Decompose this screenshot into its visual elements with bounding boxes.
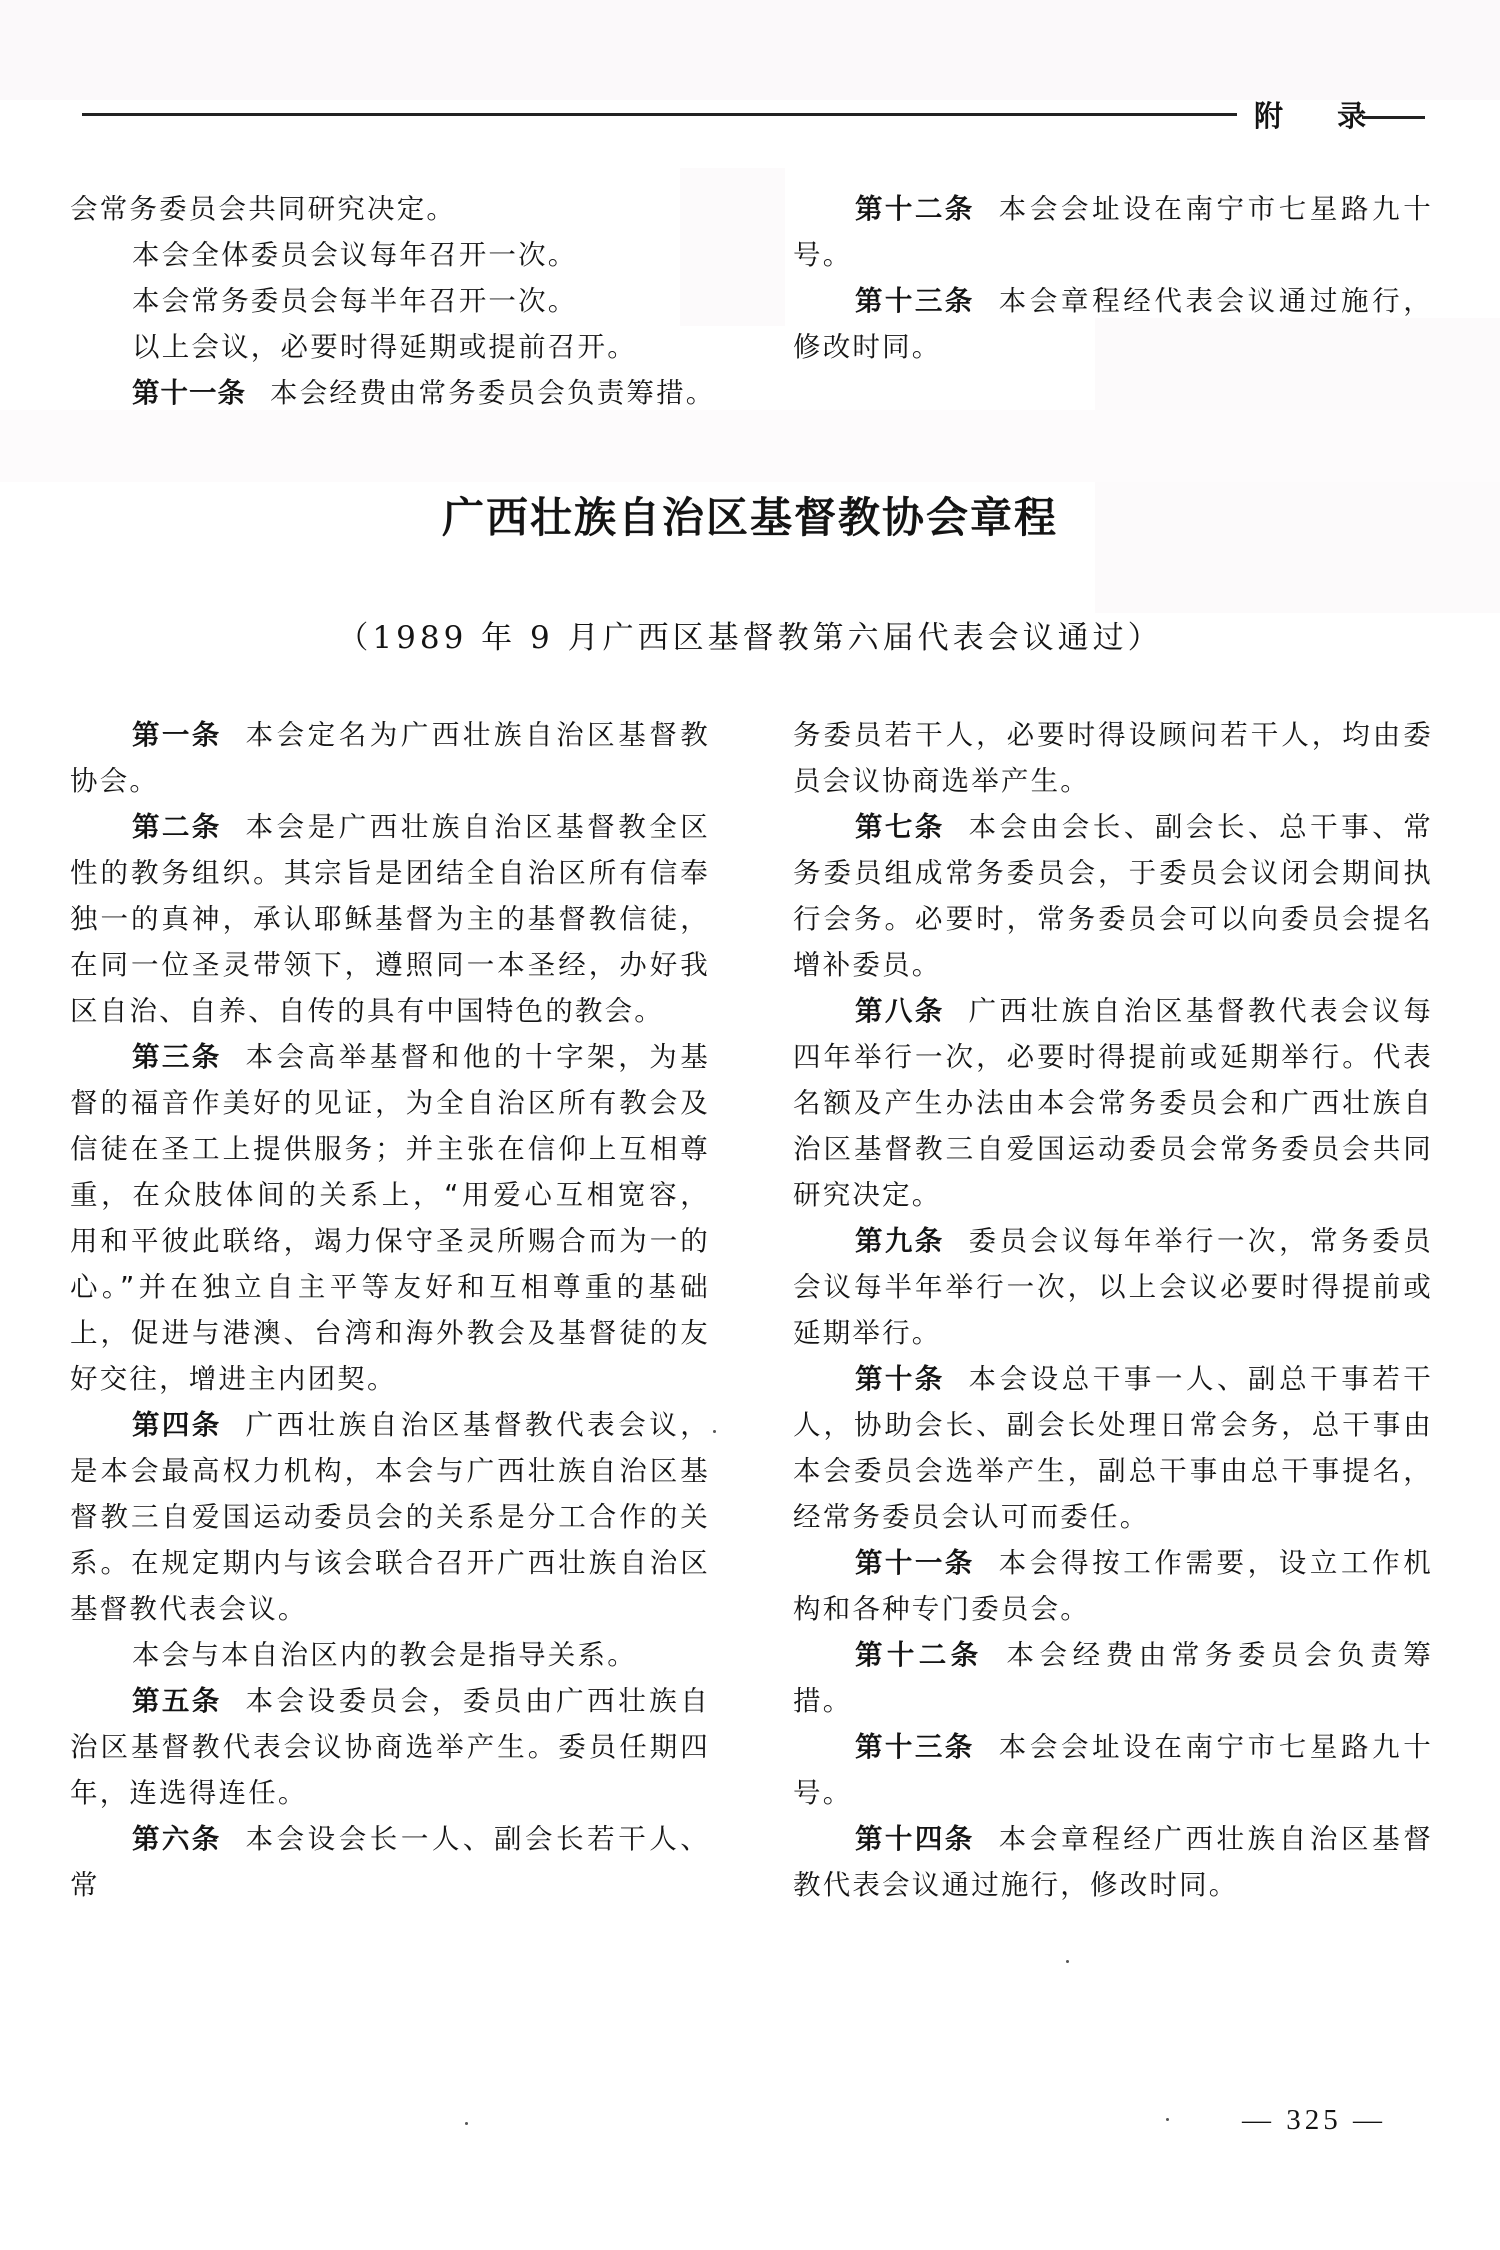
article-number: 第四条	[132, 1409, 222, 1441]
article-paragraph: 第二条本会是广西壮族自治区基督教全区性的教务组织。其宗旨是团结全自治区所有信奉独…	[70, 804, 710, 1034]
article-number: 第八条	[855, 995, 945, 1027]
article-number: 第三条	[132, 1041, 222, 1073]
article-text: 本会常务委员会每半年召开一次。	[132, 285, 578, 317]
article-paragraph: 第十四条本会章程经广西壮族自治区基督教代表会议通过施行，修改时同。	[793, 1816, 1433, 1908]
document-title: 广西壮族自治区基督教协会章程	[0, 485, 1500, 545]
article-text: 广西壮族自治区基督教代表会议，是本会最高权力机构，本会与广西壮族自治区基督教三自…	[70, 1409, 710, 1625]
paragraph: 本会与本自治区内的教会是指导关系。	[70, 1632, 710, 1678]
article-number: 第十一条	[855, 1547, 975, 1579]
scan-speck	[1066, 1960, 1069, 1963]
article-paragraph: 第十条本会设总干事一人、副总干事若干人，协助会长、副会长处理日常会务，总干事由本…	[793, 1356, 1433, 1540]
page-number: — 325 —	[1242, 2104, 1386, 2137]
article-number: 第一条	[132, 719, 222, 751]
article-paragraph: 第一条本会定名为广西壮族自治区基督教协会。	[70, 712, 710, 804]
article-number: 第五条	[132, 1685, 222, 1717]
paragraph: 会常务委员会共同研究决定。	[70, 186, 720, 232]
header-rule-tail	[1362, 116, 1425, 119]
article-paragraph: 第十一条本会得按工作需要，设立工作机构和各种专门委员会。	[793, 1540, 1433, 1632]
paragraph: 本会全体委员会议每年召开一次。	[70, 232, 720, 278]
article-paragraph: 第五条本会设委员会，委员由广西壮族自治区基督教代表会议协商选举产生。委员任期四年…	[70, 1678, 710, 1816]
paragraph: 务委员若干人，必要时得设顾问若干人，均由委员会议协商选举产生。	[793, 712, 1433, 804]
article-number: 第十三条	[855, 285, 975, 317]
article-number: 第十四条	[855, 1823, 975, 1855]
articles-column-right: 务委员若干人，必要时得设顾问若干人，均由委员会议协商选举产生。第七条本会由会长、…	[793, 712, 1433, 1908]
article-paragraph: 第十三条本会会址设在南宁市七星路九十号。	[793, 1724, 1433, 1816]
article-paragraph: 第六条本会设会长一人、副会长若干人、常	[70, 1816, 710, 1908]
previous-charter-continuation-right: 第十二条本会会址设在南宁市七星路九十号。第十三条本会章程经代表会议通过施行，修改…	[793, 186, 1433, 370]
document-subtitle: （1989 年 9 月广西区基督教第六届代表会议通过）	[0, 612, 1500, 657]
article-text: 本会高举基督和他的十字架，为基督的福音作美好的见证，为全自治区所有教会及信徒在圣…	[70, 1041, 710, 1395]
scan-speck	[1166, 2118, 1169, 2121]
previous-charter-continuation-left: 会常务委员会共同研究决定。本会全体委员会议每年召开一次。本会常务委员会每半年召开…	[70, 186, 720, 416]
article-number: 第十二条	[855, 1639, 982, 1671]
article-text: 广西壮族自治区基督教代表会议每四年举行一次，必要时得提前或延期举行。代表名额及产…	[793, 995, 1433, 1211]
article-text: 务委员若干人，必要时得设顾问若干人，均由委员会议协商选举产生。	[793, 719, 1433, 797]
article-paragraph: 第九条委员会议每年举行一次，常务委员会议每半年举行一次，以上会议必要时得提前或延…	[793, 1218, 1433, 1356]
article-text: 本会经费由常务委员会负责筹措。	[270, 377, 716, 409]
paragraph: 以上会议，必要时得延期或提前召开。	[70, 324, 720, 370]
article-text: 本会与本自治区内的教会是指导关系。	[132, 1639, 637, 1671]
article-number: 第六条	[132, 1823, 222, 1855]
scan-top-band	[0, 0, 1500, 100]
article-number: 第十三条	[855, 1731, 975, 1763]
articles-column-left: 第一条本会定名为广西壮族自治区基督教协会。第二条本会是广西壮族自治区基督教全区性…	[70, 712, 710, 1908]
article-text: 以上会议，必要时得延期或提前召开。	[132, 331, 637, 363]
article-number: 第十二条	[855, 193, 975, 225]
article-number: 第十一条	[132, 377, 246, 409]
article-paragraph: 第十二条本会经费由常务委员会负责筹措。	[793, 1632, 1433, 1724]
article-paragraph: 第四条广西壮族自治区基督教代表会议，是本会最高权力机构，本会与广西壮族自治区基督…	[70, 1402, 710, 1632]
article-text: 会常务委员会共同研究决定。	[70, 193, 456, 225]
article-number: 第十条	[855, 1363, 945, 1395]
article-paragraph: 第七条本会由会长、副会长、总干事、常务委员组成常务委员会，于委员会议闭会期间执行…	[793, 804, 1433, 988]
header-rule	[82, 113, 1237, 116]
article-paragraph: 第十一条本会经费由常务委员会负责筹措。	[70, 370, 720, 416]
article-number: 第七条	[855, 811, 945, 843]
article-text: 本会全体委员会议每年召开一次。	[132, 239, 578, 271]
scan-speck	[465, 2122, 468, 2125]
paragraph: 本会常务委员会每半年召开一次。	[70, 278, 720, 324]
article-text: 本会是广西壮族自治区基督教全区性的教务组织。其宗旨是团结全自治区所有信奉独一的真…	[70, 811, 710, 1027]
article-paragraph: 第十三条本会章程经代表会议通过施行，修改时同。	[793, 278, 1433, 370]
article-number: 第九条	[855, 1225, 945, 1257]
scan-speck	[713, 1430, 716, 1433]
article-paragraph: 第十二条本会会址设在南宁市七星路九十号。	[793, 186, 1433, 278]
article-paragraph: 第八条广西壮族自治区基督教代表会议每四年举行一次，必要时得提前或延期举行。代表名…	[793, 988, 1433, 1218]
scan-shade	[0, 410, 1500, 482]
article-number: 第二条	[132, 811, 222, 843]
article-paragraph: 第三条本会高举基督和他的十字架，为基督的福音作美好的见证，为全自治区所有教会及信…	[70, 1034, 710, 1402]
